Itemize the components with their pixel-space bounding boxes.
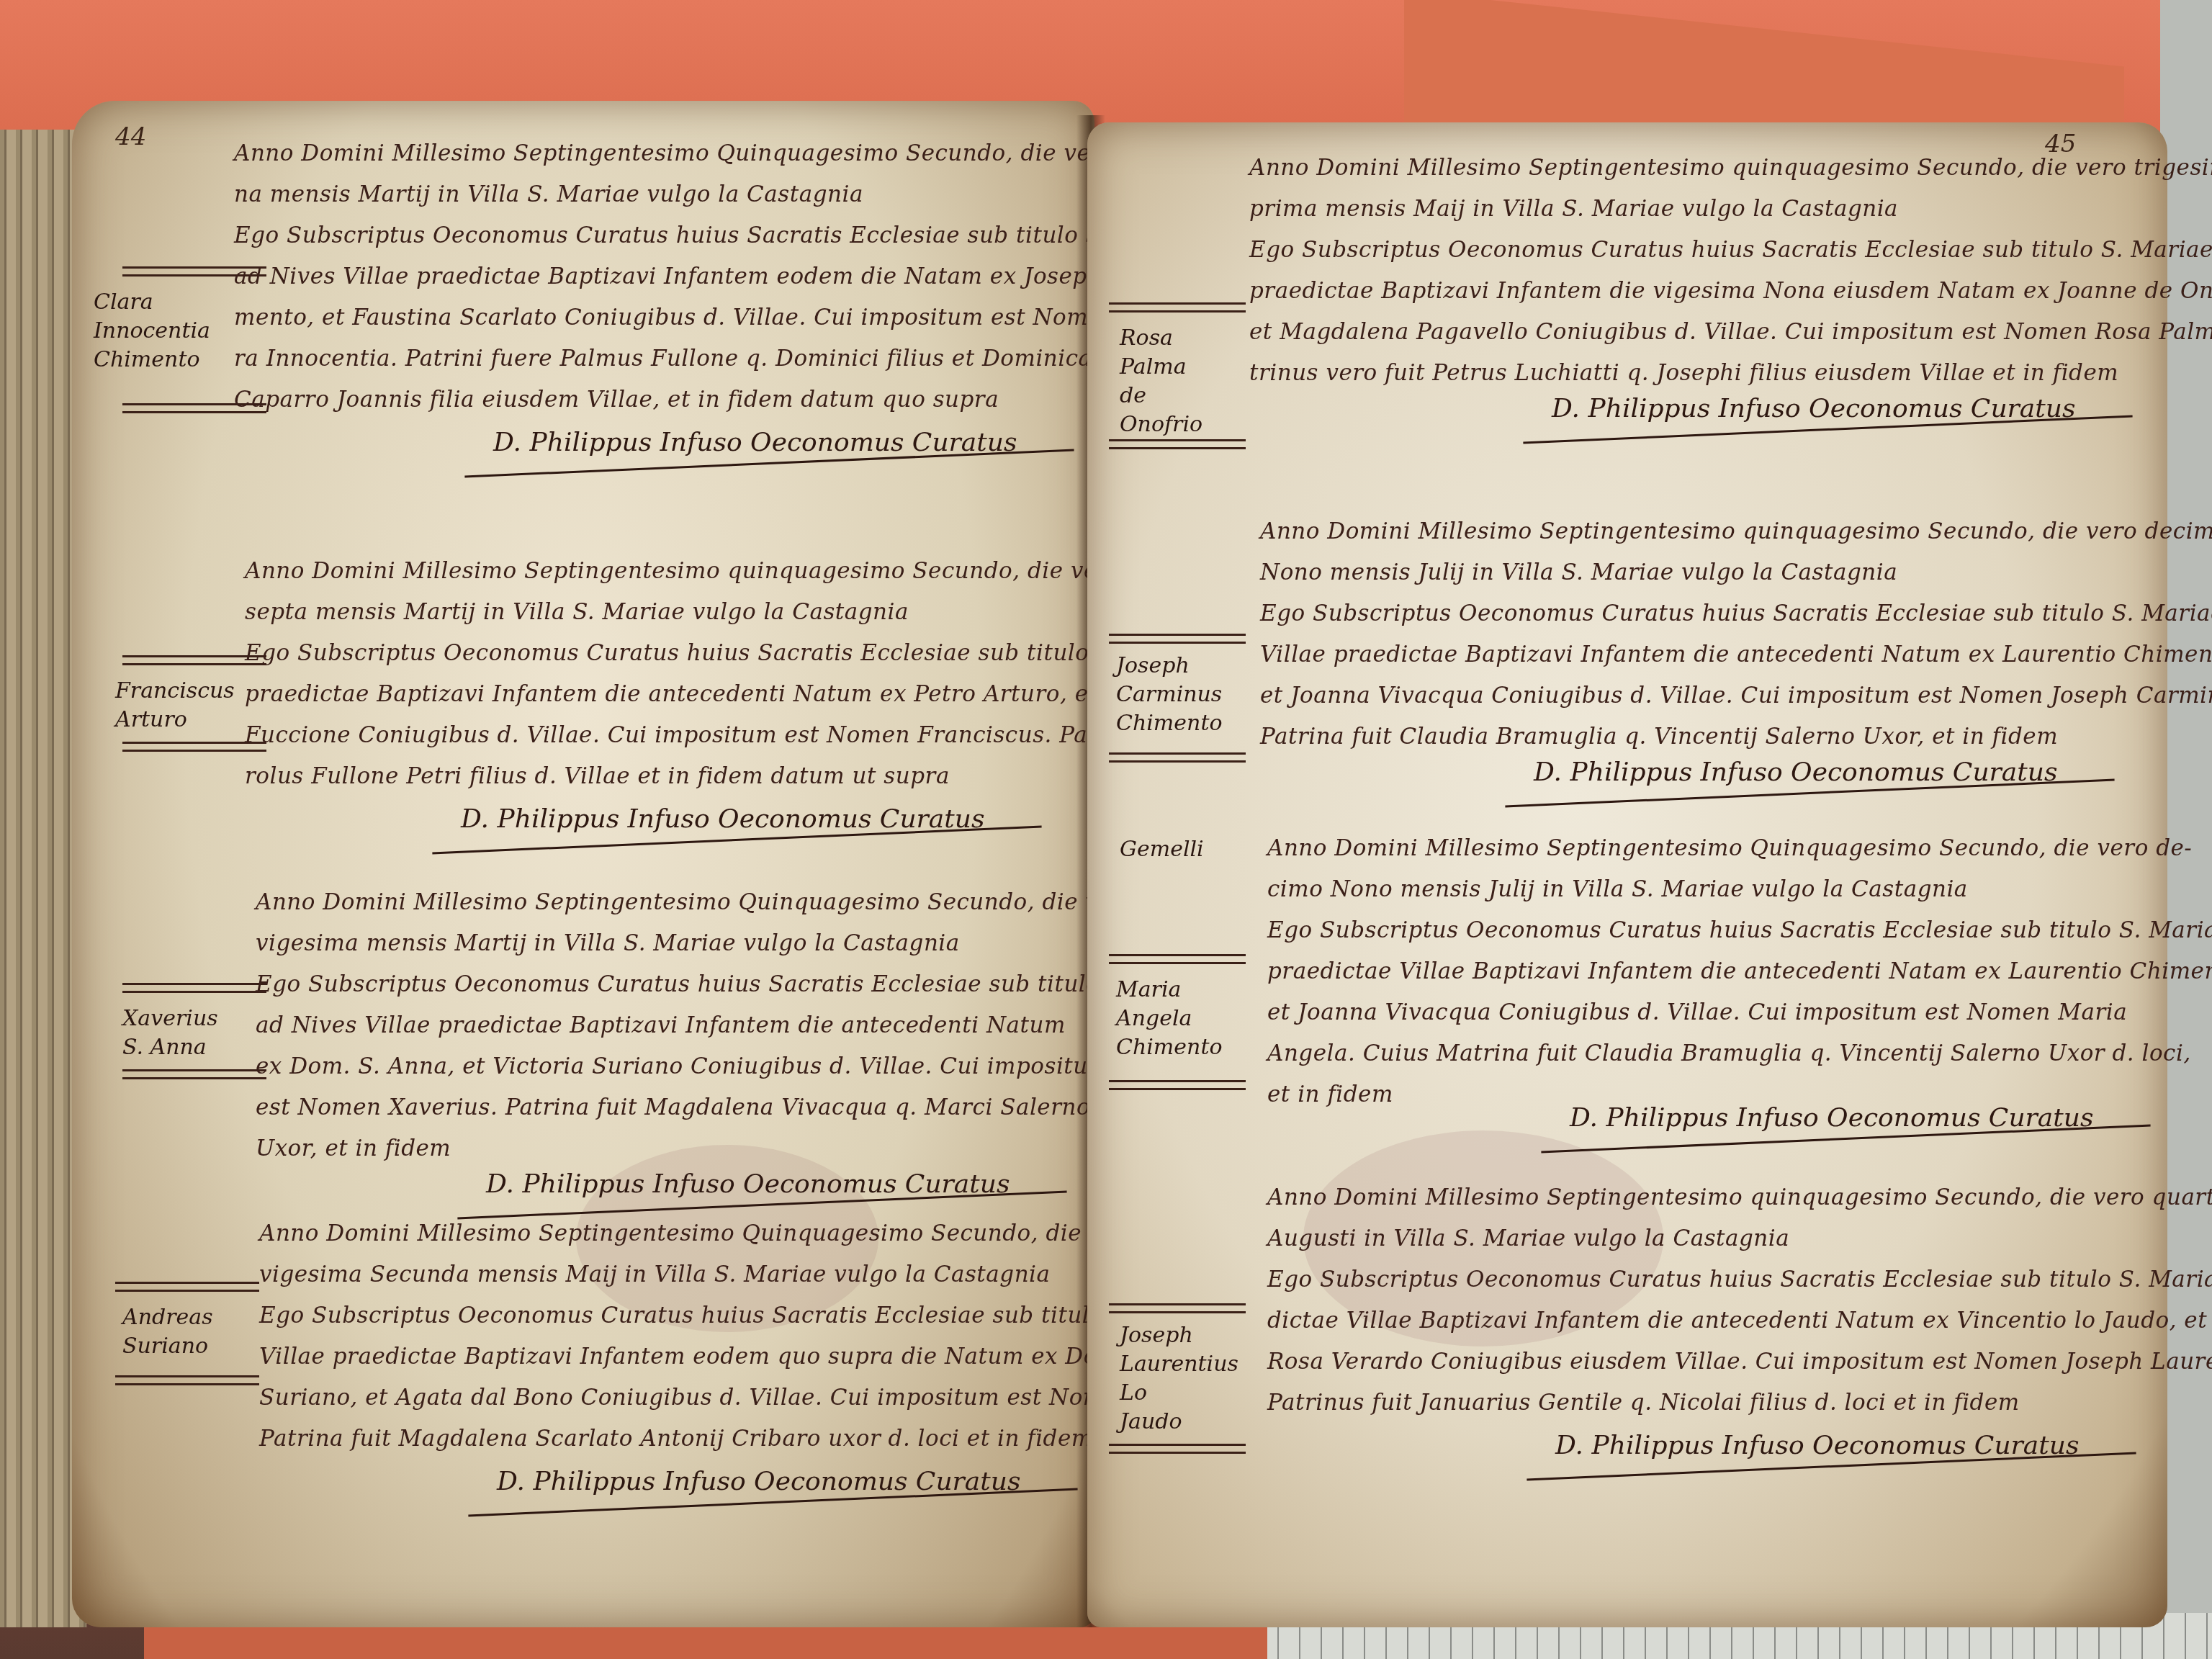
entry-line: Augusti in Villa S. Mariae vulgo la Cast… (1267, 1218, 2212, 1259)
margin-rule (1109, 1080, 1246, 1090)
entry-line: Ego Subscriptus Oeconomus Curatus huius … (1267, 1259, 2212, 1300)
entry-line: ex Dom. S. Anna, et Victoria Suriano Con… (256, 1046, 1220, 1087)
margin-name: Clara Innocentia Chimento (94, 288, 210, 374)
entry-line: Ego Subscriptus Oeconomus Curatus huius … (234, 215, 1198, 256)
margin-rule (1109, 302, 1246, 313)
margin-name: Xaverius S. Anna (122, 1004, 218, 1062)
entry-line: ad Nives Villae praedictae Baptizavi Inf… (234, 256, 1198, 297)
curate-signature: D. Philippus Infuso Oeconomus Curatus (493, 428, 1017, 464)
margin-rule (122, 983, 266, 993)
gemelli-note: Gemelli (1120, 835, 1204, 864)
entry-line: Angela. Cuius Matrina fuit Claudia Bramu… (1267, 1033, 2212, 1074)
entry-line: ra Innocentia. Patrini fuere Palmus Full… (234, 338, 1198, 379)
entry-line: et Joanna Vivacqua Coniugibus d. Villae.… (1260, 675, 2212, 716)
baptism-entry: Anno Domini Millesimo Septingentesimo Qu… (256, 882, 1220, 1206)
baptism-entry: Anno Domini Millesimo Septingentesimo Qu… (234, 133, 1198, 464)
page-number: 44 (115, 122, 146, 151)
entry-line: dictae Villae Baptizavi Infantem die ant… (1267, 1300, 2212, 1341)
margin-name: Joseph Laurentius Lo Jaudo (1120, 1321, 1238, 1437)
entry-line: Anno Domini Millesimo Septingentesimo qu… (1267, 1177, 2212, 1218)
entry-line: vigesima mensis Martij in Villa S. Maria… (256, 923, 1220, 964)
left-page: 44 Clara Innocentia Chimento Anno Domini… (72, 101, 1094, 1627)
entry-line: est Nomen Xaverius. Patrina fuit Magdale… (256, 1087, 1220, 1128)
entry-line: Anno Domini Millesimo Septingentesimo qu… (1249, 148, 2212, 189)
curate-signature: D. Philippus Infuso Oeconomus Curatus (1570, 1103, 2093, 1140)
entry-line: Patrinus fuit Januarius Gentile q. Nicol… (1267, 1382, 2212, 1424)
margin-name: Maria Angela Chimento (1116, 976, 1223, 1062)
entry-line: Ego Subscriptus Oeconomus Curatus huius … (1260, 593, 2212, 634)
margin-rule (122, 1069, 266, 1079)
baptism-entry: Anno Domini Millesimo Septingentesimo qu… (1260, 511, 2212, 794)
entry-line: Anno Domini Millesimo Septingentesimo Qu… (256, 882, 1220, 923)
margin-rule (1109, 439, 1246, 449)
baptism-entry: Anno Domini Millesimo Septingentesimo qu… (1249, 148, 2212, 431)
entry-line: Villae praedictae Baptizavi Infantem die… (1260, 634, 2212, 675)
entry-line: mento, et Faustina Scarlato Coniugibus d… (234, 297, 1198, 338)
entry-line: Uxor, et in fidem (256, 1128, 1220, 1169)
entry-line: cimo Nono mensis Julij in Villa S. Maria… (1267, 869, 2212, 910)
baptism-entry: Anno Domini Millesimo Septingentesimo qu… (1267, 1177, 2212, 1467)
entry-line: Patrina fuit Claudia Bramuglia q. Vincen… (1260, 716, 2212, 757)
curate-signature: D. Philippus Infuso Oeconomus Curatus (1552, 394, 2075, 431)
entry-line: et Magdalena Pagavello Coniugibus d. Vil… (1249, 312, 2212, 353)
margin-rule (1109, 634, 1246, 644)
margin-rule (1109, 954, 1246, 964)
curate-signature: D. Philippus Infuso Oeconomus Curatus (486, 1169, 1010, 1206)
entry-line: Nono mensis Julij in Villa S. Mariae vul… (1260, 552, 2212, 593)
margin-rule (1109, 1303, 1246, 1313)
entry-line: Rosa Verardo Coniugibus eiusdem Villae. … (1267, 1341, 2212, 1382)
entry-line: praedictae Baptizavi Infantem die vigesi… (1249, 271, 2212, 312)
entry-line: Ego Subscriptus Oeconomus Curatus huius … (1267, 910, 2212, 951)
entry-line: prima mensis Maij in Villa S. Mariae vul… (1249, 189, 2212, 230)
entry-line: et Joanna Vivacqua Coniugibus d. Villae.… (1267, 992, 2212, 1033)
entry-line: Anno Domini Millesimo Septingentesimo Qu… (1267, 828, 2212, 869)
entry-line: na mensis Martij in Villa S. Mariae vulg… (234, 174, 1198, 215)
entry-line: praedictae Villae Baptizavi Infantem die… (1267, 951, 2212, 992)
curate-signature: D. Philippus Infuso Oeconomus Curatus (461, 804, 984, 841)
entry-line: ad Nives Villae praedictae Baptizavi Inf… (256, 1005, 1220, 1046)
margin-name: Rosa Palma de Onofrio (1120, 324, 1202, 439)
margin-rule (1109, 1444, 1246, 1454)
right-page: 45 Rosa Palma de Onofrio Anno Domini Mil… (1087, 122, 2167, 1627)
margin-name: Franciscus Arturo (115, 677, 235, 734)
entry-line: Caparro Joannis filia eiusdem Villae, et… (234, 379, 1198, 421)
margin-rule (1109, 752, 1246, 763)
curate-signature: D. Philippus Infuso Oeconomus Curatus (1555, 1431, 2079, 1467)
margin-name: Joseph Carminus Chimento (1116, 652, 1223, 738)
margin-rule (115, 1282, 259, 1292)
margin-name: Andreas Suriano (122, 1303, 213, 1361)
curate-signature: D. Philippus Infuso Oeconomus Curatus (497, 1467, 1020, 1503)
entry-line: Anno Domini Millesimo Septingentesimo qu… (1260, 511, 2212, 552)
baptism-entry: Anno Domini Millesimo Septingentesimo Qu… (1267, 828, 2212, 1140)
margin-rule (115, 1375, 259, 1385)
curate-signature: D. Philippus Infuso Oeconomus Curatus (1534, 757, 2057, 794)
entry-line: Ego Subscriptus Oeconomus Curatus huius … (256, 964, 1220, 1005)
entry-line: Anno Domini Millesimo Septingentesimo Qu… (234, 133, 1198, 174)
entry-line: Ego Subscriptus Oeconomus Curatus huius … (1249, 230, 2212, 271)
entry-line: trinus vero fuit Petrus Luchiatti q. Jos… (1249, 353, 2212, 394)
